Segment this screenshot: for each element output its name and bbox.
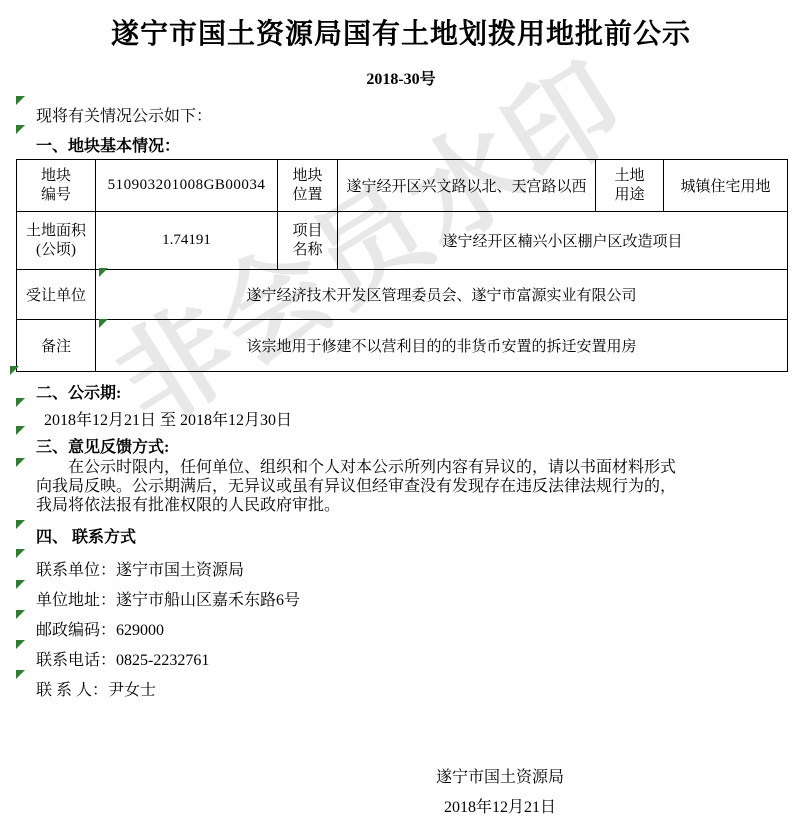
- comment-marker-icon: [16, 398, 25, 407]
- contact-unit-line: 联系单位：遂宁市国土资源局: [36, 557, 244, 580]
- table-row: 备注 该宗地用于修建不以营利目的的非货币安置的拆迁安置用房: [17, 320, 788, 372]
- comment-marker-icon: [16, 670, 25, 679]
- comment-marker-icon: [16, 125, 25, 134]
- feedback-line: 我局将依法报有批准权限的人民政府审批。: [36, 496, 774, 515]
- feedback-paragraph: 在公示时限内，任何单位、组织和个人对本公示所列内容有异议的，请以书面材料形式 向…: [36, 458, 774, 515]
- grantee-value-cell: 遂宁经济技术开发区管理委员会、遂宁市富源实业有限公司: [96, 270, 788, 320]
- comment-marker-icon: [16, 96, 25, 105]
- doc-number: 2018-30号: [0, 66, 802, 89]
- section-4-heading: 四、 联系方式: [36, 524, 136, 547]
- land-use-header-cell: 土地 用途: [596, 160, 664, 212]
- project-name-value-cell: 遂宁经开区楠兴小区棚户区改造项目: [338, 212, 788, 270]
- remark-header-cell: 备注: [17, 320, 96, 372]
- plot-location-value-cell: 遂宁经开区兴文路以北、天宫路以西: [338, 160, 596, 212]
- comment-marker-icon: [16, 640, 25, 649]
- contact-address-line: 单位地址：遂宁市船山区嘉禾东路6号: [36, 587, 300, 610]
- publicity-period: 2018年12月21日 至 2018年12月30日: [44, 407, 292, 430]
- table-row: 地块 编号 510903201008GB00034 地块 位置 遂宁经开区兴文路…: [17, 160, 788, 212]
- signature-date: 2018年12月21日: [350, 794, 650, 817]
- signature-org: 遂宁市国土资源局: [350, 764, 650, 787]
- plot-number-value-cell: 510903201008GB00034: [96, 160, 278, 212]
- project-name-header-cell: 项目 名称: [278, 212, 338, 270]
- section-1-heading: 一、地块基本情况：: [36, 133, 180, 156]
- plot-location-header-cell: 地块 位置: [278, 160, 338, 212]
- comment-marker-icon: [16, 426, 25, 435]
- land-use-value-cell: 城镇住宅用地: [664, 160, 788, 212]
- comment-marker-icon: [16, 610, 25, 619]
- grantee-header-cell: 受让单位: [17, 270, 96, 320]
- contact-phone-line: 联系电话：0825-2232761: [36, 647, 209, 670]
- comment-marker-icon: [16, 549, 25, 558]
- page-title: 遂宁市国土资源局国有土地划拨用地批前公示: [0, 12, 802, 52]
- document-page: 非会员水印 遂宁市国土资源局国有土地划拨用地批前公示 2018-30号 现将有关…: [0, 0, 802, 828]
- comment-marker-icon: [16, 458, 25, 467]
- feedback-line: 向我局反映。公示期满后，无异议或虽有异议但经审查没有发现存在违反法律法规行为的，: [36, 477, 774, 496]
- section-3-heading: 三、意见反馈方式:: [36, 434, 169, 457]
- contact-postcode-line: 邮政编码：629000: [36, 617, 164, 640]
- land-info-table: 地块 编号 510903201008GB00034 地块 位置 遂宁经开区兴文路…: [16, 159, 788, 372]
- table-row: 受让单位 遂宁经济技术开发区管理委员会、遂宁市富源实业有限公司: [17, 270, 788, 320]
- plot-number-header-cell: 地块 编号: [17, 160, 96, 212]
- feedback-line: 在公示时限内，任何单位、组织和个人对本公示所列内容有异议的，请以书面材料形式: [36, 458, 774, 477]
- land-area-header-cell: 土地面积 (公顷): [17, 212, 96, 270]
- section-2-heading: 二、公示期:: [36, 380, 121, 403]
- intro-text: 现将有关情况公示如下：: [36, 103, 212, 126]
- contact-person-line: 联 系 人：尹女士: [36, 677, 156, 700]
- table-row: 土地面积 (公顷) 1.74191 项目 名称 遂宁经开区楠兴小区棚户区改造项目: [17, 212, 788, 270]
- comment-marker-icon: [16, 580, 25, 589]
- remark-value-cell: 该宗地用于修建不以营利目的的非货币安置的拆迁安置用房: [96, 320, 788, 372]
- comment-marker-icon: [16, 520, 25, 529]
- land-area-value-cell: 1.74191: [96, 212, 278, 270]
